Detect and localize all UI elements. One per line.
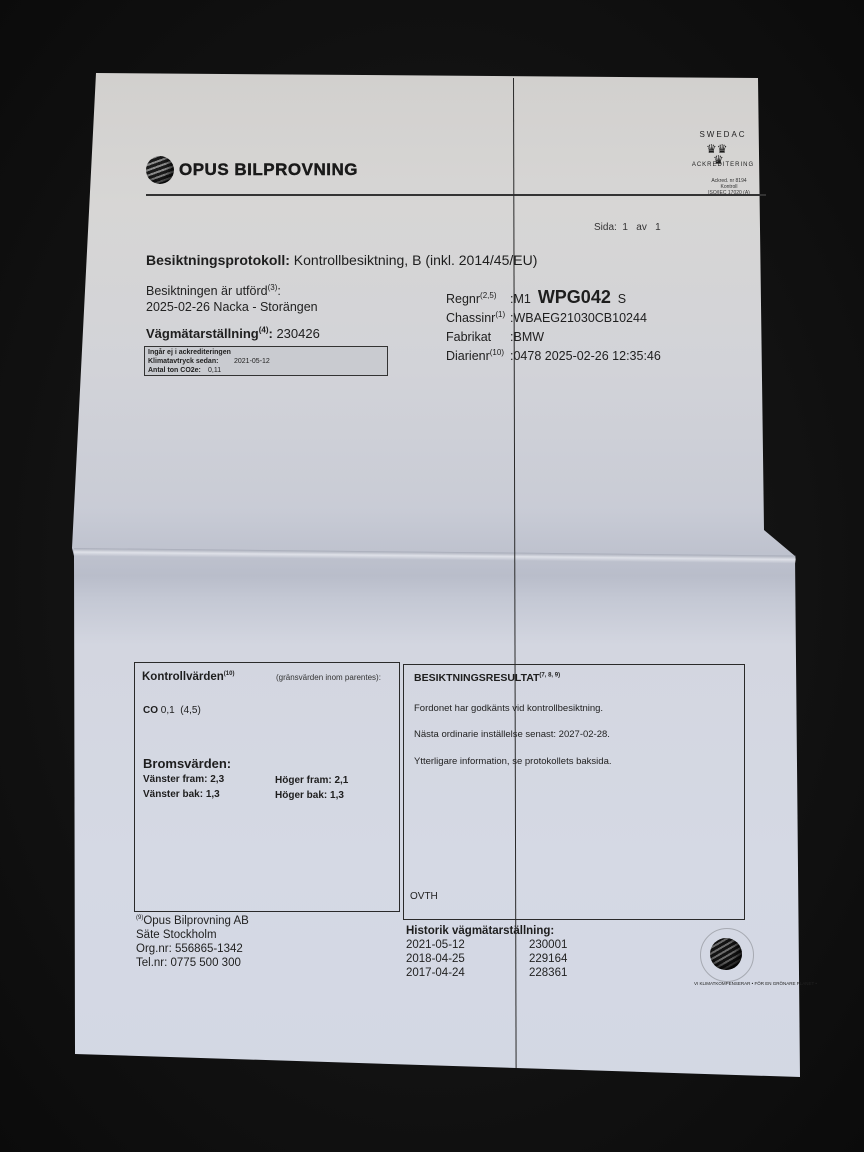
title-value: Kontrollbesiktning, B (inkl. 2014/45/EU) xyxy=(294,252,538,268)
seal-details: Ackred. nr 8194 Kontroll ISO/IEC 17020 (… xyxy=(694,178,764,196)
diarienr-row: Diarienr(10):0478 2025-02-26 12:35:46 xyxy=(446,347,661,366)
climate-compensation-seal: VI KLIMATKOMPENSERAR • FÖR EN GRÖNARE PL… xyxy=(700,928,752,980)
history-row: 2021-05-12230001 xyxy=(406,938,567,952)
brake-values-title: Bromsvärden: xyxy=(143,756,231,771)
climate-footprint-box: Ingår ej i ackrediteringen Klimatavtryck… xyxy=(144,346,388,376)
company-seat: Säte Stockholm xyxy=(136,928,249,942)
limit-values-note: (gränsvärden inom parentes): xyxy=(276,673,381,682)
regnr-row: Regnr(2,5):M1 WPG042 S xyxy=(446,288,661,309)
history-row: 2018-04-25229164 xyxy=(406,952,567,966)
registration-number: WPG042 xyxy=(538,287,611,307)
document-title: Besiktningsprotokoll: Kontrollbesiktning… xyxy=(146,252,537,268)
inspection-date-location: 2025-02-26 Nacka - Storängen xyxy=(146,299,318,315)
title-label: Besiktningsprotokoll: xyxy=(146,252,290,268)
inspection-performed: Besiktningen är utförd(3): 2025-02-26 Na… xyxy=(146,283,318,315)
company-info: (9)Opus Bilprovning AB Säte Stockholm Or… xyxy=(136,914,249,970)
odometer-value: 230426 xyxy=(276,326,319,341)
climate-seal-text: VI KLIMATKOMPENSERAR • FÖR EN GRÖNARE PL… xyxy=(694,981,758,986)
inspection-result-title: BESIKTNINGSRESULTAT(7, 8, 9) xyxy=(414,672,560,684)
header-divider xyxy=(146,194,766,196)
co-value: CO 0,1 (4,5) xyxy=(143,705,201,716)
brake-value: Höger bak: 1,3 xyxy=(275,790,344,801)
chassinr-row: Chassinr(1):WBAEG21030CB10244 xyxy=(446,309,661,328)
diary-number: 0478 2025-02-26 12:35:46 xyxy=(513,349,660,363)
brand-logo: OPUS BILPROVNING xyxy=(146,156,358,184)
odometer-history-title: Historik vägmätarställning: xyxy=(406,925,554,937)
control-values-title: Kontrollvärden(10) xyxy=(142,671,234,683)
odometer-history: 2021-05-12230001 2018-04-25229164 2017-0… xyxy=(406,938,567,980)
brake-value: Vänster fram: 2,3 xyxy=(143,774,224,785)
result-line: Nästa ordinarie inställelse senast: 2027… xyxy=(414,729,610,740)
company-org-nr: Org.nr: 556865-1342 xyxy=(136,942,249,956)
climate-row: Klimatavtryck sedan: 2021-05-12 xyxy=(148,357,384,366)
striped-globe-icon xyxy=(710,938,742,970)
striped-globe-icon xyxy=(146,156,174,184)
seal-bottom-text: ACKREDITERING xyxy=(690,162,756,168)
brake-value: Höger fram: 2,1 xyxy=(275,775,348,786)
fabrikat-row: Fabrikat:BMW xyxy=(446,328,661,347)
vehicle-info: Regnr(2,5):M1 WPG042 S Chassinr(1):WBAEG… xyxy=(446,288,661,366)
control-values-box xyxy=(134,662,400,912)
history-row: 2017-04-24228361 xyxy=(406,966,567,980)
company-phone: Tel.nr: 0775 500 300 xyxy=(136,956,249,970)
chassis-number: WBAEG21030CB10244 xyxy=(513,311,646,325)
swedac-accreditation-seal: SWEDAC ♛♛ ♛ ACKREDITERING Ackred. nr 819… xyxy=(690,128,760,198)
result-line: Ytterligare information, se protokollets… xyxy=(414,756,612,767)
odometer-reading: Vägmätarställning(4): 230426 xyxy=(146,326,320,341)
climate-row: Antal ton CO2e: 0,11 xyxy=(148,366,384,375)
page-number: Sida: 1 av 1 xyxy=(594,222,661,233)
brake-value: Vänster bak: 1,3 xyxy=(143,789,220,800)
result-line: Fordonet har godkänts vid kontrollbesikt… xyxy=(414,703,603,714)
company-name: Opus Bilprovning AB xyxy=(143,915,248,927)
manufacturer: BMW xyxy=(513,330,544,344)
seal-top-text: SWEDAC xyxy=(690,130,756,139)
inspector-code: OVTH xyxy=(410,891,438,902)
brand-name: OPUS BILPROVNING xyxy=(179,160,358,180)
